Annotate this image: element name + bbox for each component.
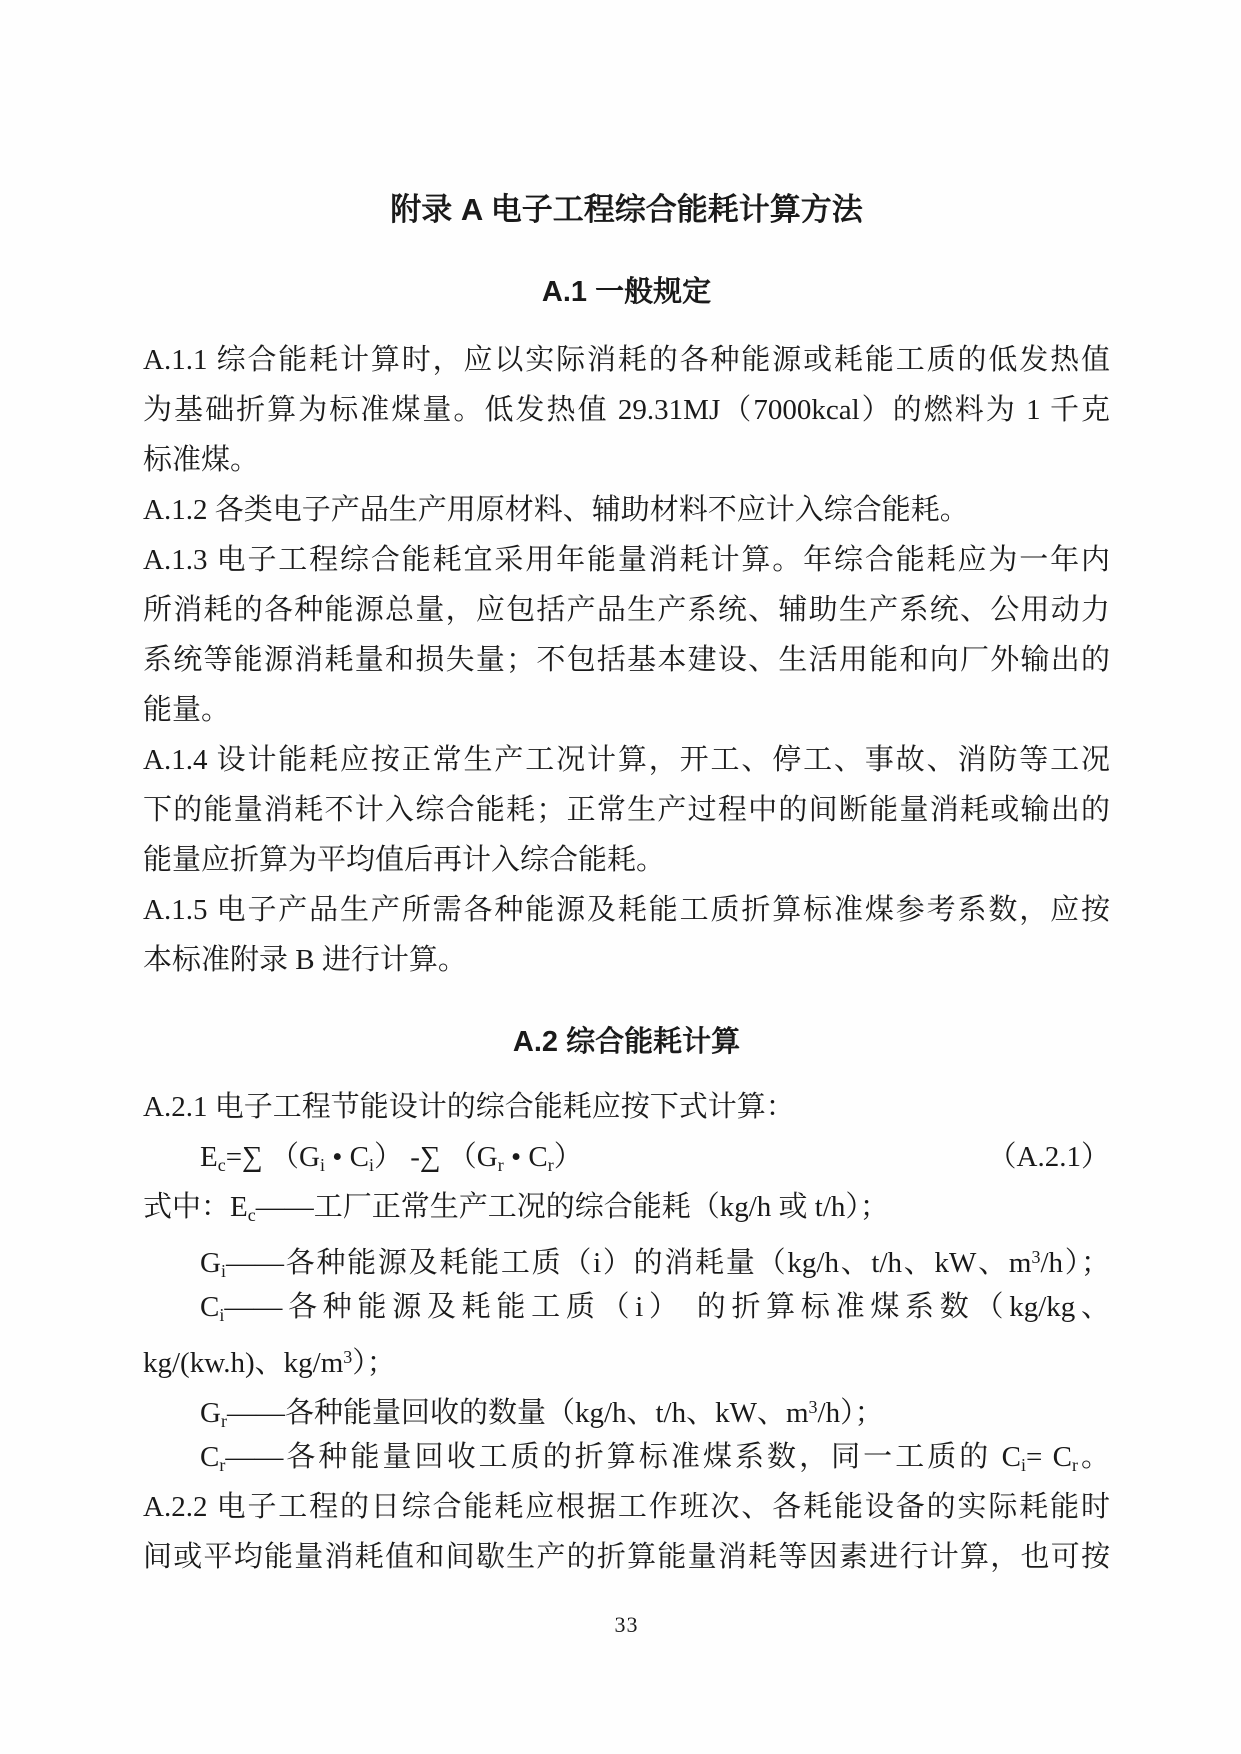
text-line: A.1.2 各类电子产品生产用原材料、辅助材料不应计入综合能耗。 bbox=[143, 485, 1110, 535]
definition-line-gr: Gr——各种能量回收的数量（kg/h、t/h、kW、m3/h）； bbox=[143, 1382, 1110, 1432]
text-line: 为基础折算为标准煤量。低发热值 29.31MJ（7000kcal）的燃料为 1 … bbox=[143, 385, 1110, 435]
formula-number: （A.2.1） bbox=[988, 1132, 1110, 1182]
definition-line-ci-continued: kg/(kw.h)、kg/m3）； bbox=[143, 1332, 1110, 1382]
section-a1-heading: A.1 一般规定 bbox=[143, 272, 1110, 312]
definition-line-ec: 式中：Ec——工厂正常生产工况的综合能耗（kg/h 或 t/h）； bbox=[143, 1182, 1110, 1232]
text-line: 标准煤。 bbox=[143, 435, 1110, 485]
text-line: A.1.4 设计能耗应按正常生产工况计算，开工、停工、事故、消防等工况 bbox=[143, 735, 1110, 785]
text-line: A.1.5 电子产品生产所需各种能源及耗能工质折算标准煤参考系数，应按 bbox=[143, 885, 1110, 935]
definition-line-cr: Cr——各种能量回收工质的折算标准煤系数，同一工质的 Ci= Cr。 bbox=[143, 1432, 1110, 1482]
text-line: A.1.3 电子工程综合能耗宜采用年能量消耗计算。年综合能耗应为一年内 bbox=[143, 535, 1110, 585]
text-line: 能量应折算为平均值后再计入综合能耗。 bbox=[143, 835, 1110, 885]
text-line: 所消耗的各种能源总量，应包括产品生产系统、辅助生产系统、公用动力 bbox=[143, 585, 1110, 635]
text-line: 本标准附录 B 进行计算。 bbox=[143, 935, 1110, 985]
text-line: 下的能量消耗不计入综合能耗；正常生产过程中的间断能量消耗或输出的 bbox=[143, 785, 1110, 835]
text-line: 间或平均能量消耗值和间歇生产的折算能量消耗等因素进行计算，也可按 bbox=[143, 1532, 1110, 1582]
definition-line-ci: Ci——各种能源及耗能工质（i） 的折算标准煤系数（kg/kg、 bbox=[143, 1282, 1110, 1332]
text-line: A.2.2 电子工程的日综合能耗应根据工作班次、各耗能设备的实际耗能时 bbox=[143, 1482, 1110, 1532]
section-a2-heading: A.2 综合能耗计算 bbox=[143, 1022, 1110, 1062]
text-line: 能量。 bbox=[143, 685, 1110, 735]
text-line: A.2.1 电子工程节能设计的综合能耗应按下式计算： bbox=[143, 1082, 1110, 1132]
definition-line-gi: Gi——各种能源及耗能工质（i）的消耗量（kg/h、t/h、kW、m3/h）； bbox=[143, 1232, 1110, 1282]
appendix-title: 附录 A 电子工程综合能耗计算方法 bbox=[143, 190, 1110, 230]
text-line: 系统等能源消耗量和损失量；不包括基本建设、生活用能和向厂外输出的 bbox=[143, 635, 1110, 685]
formula-a21: Ec=∑ （Gi • Ci） -∑ （Gr • Cr） （A.2.1） bbox=[143, 1132, 1110, 1182]
page-number: 33 bbox=[143, 1610, 1110, 1640]
document-page: 附录 A 电子工程综合能耗计算方法 A.1 一般规定 A.1.1 综合能耗计算时… bbox=[0, 0, 1241, 1754]
text-line: A.1.1 综合能耗计算时，应以实际消耗的各种能源或耗能工质的低发热值 bbox=[143, 335, 1110, 385]
